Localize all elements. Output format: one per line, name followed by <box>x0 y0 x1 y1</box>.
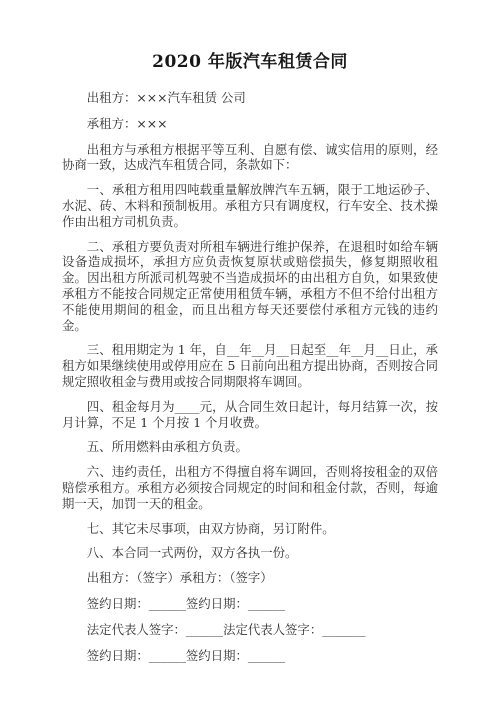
clause-5: 五、所用燃料由承租方负责。 <box>62 439 438 455</box>
signature-parties-line: 出租方：（签字）承租方：（签字） <box>62 570 438 586</box>
clause-4: 四、租金每月为____元，从合同生效日起计，每月结算一次，按月计算，不足 1 个… <box>62 399 438 431</box>
clause-7: 七、其它未尽事项，由双方协商，另订附件。 <box>62 521 438 537</box>
lessee-line: 承租方：××× <box>62 116 438 132</box>
clause-2: 二、承租方要负责对所租车辆进行维护保养，在退租时如给车辆设备造成损坏，承担方应负… <box>62 239 438 334</box>
signing-date-line-1: 签约日期：______签约日期：______ <box>62 596 438 612</box>
intro-paragraph: 出租方与承租方根据平等互利、自愿有偿、诚实信用的原则，经协商一致，达成汽车租赁合… <box>62 142 438 174</box>
document-title: 2020 年版汽车租赁合同 <box>62 50 438 74</box>
clause-1: 一、承租方租用四吨载重量解放牌汽车五辆，限于工地运砂子、水泥、砖、木料和预制板用… <box>62 182 438 229</box>
clause-8: 八、本合同一式两份，双方各执一份。 <box>62 545 438 561</box>
legal-representative-signature-line: 法定代表人签字：______法定代表人签字：_______ <box>62 622 438 638</box>
clause-3: 三、租用期定为 1 年，自__年__月__日起至__年__月__日止，承租方如果… <box>62 342 438 389</box>
signing-date-line-2: 签约日期：______签约日期：______ <box>62 648 438 664</box>
clause-6: 六、违约责任，出租方不得擅自将车调回，否则将按租金的双倍赔偿承租方。承租方必须按… <box>62 464 438 511</box>
lessor-line: 出租方：×××汽车租赁 公司 <box>62 90 438 106</box>
contract-document-page: 2020 年版汽车租赁合同 出租方：×××汽车租赁 公司 承租方：××× 出租方… <box>0 0 500 708</box>
